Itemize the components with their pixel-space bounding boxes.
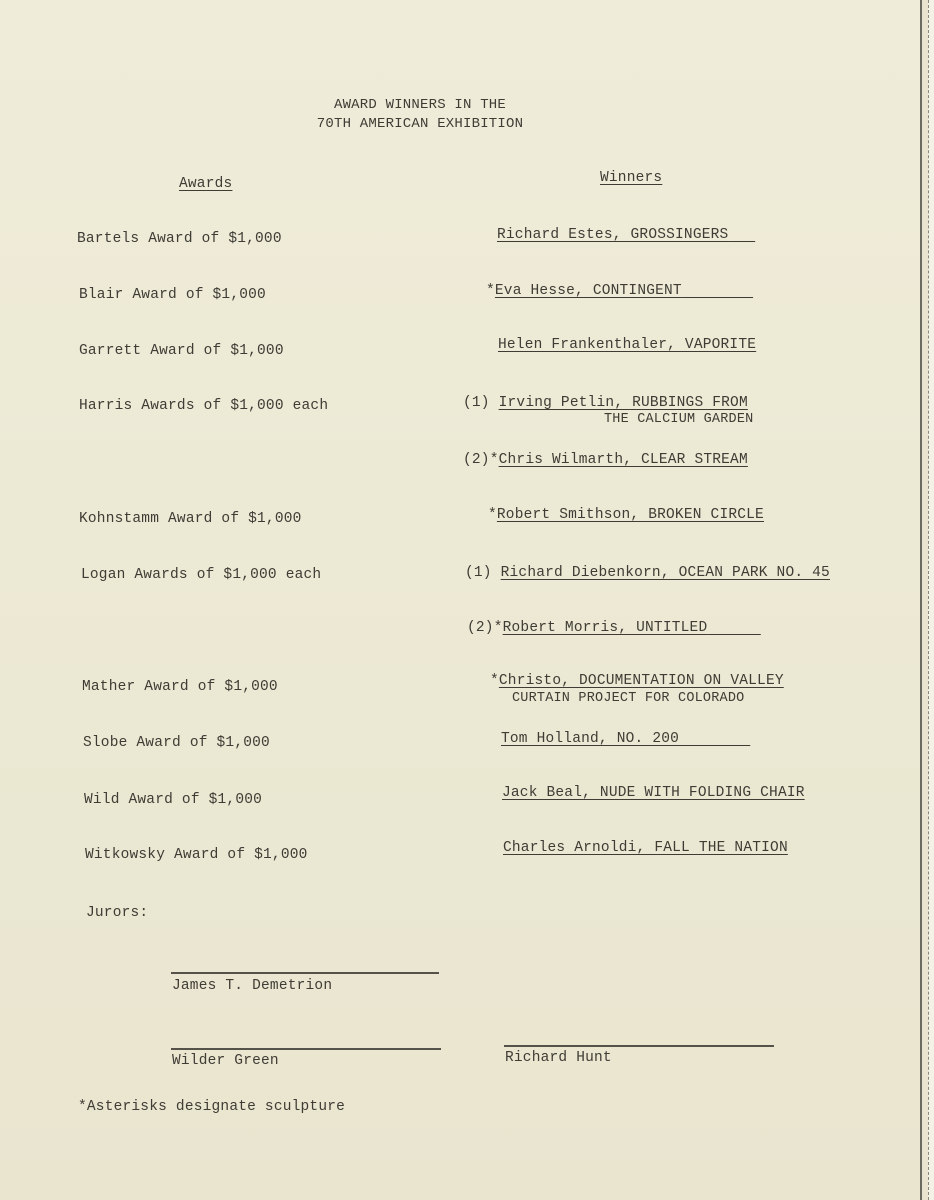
footnote: *Asterisks designate sculpture [78,1099,345,1115]
winner-wilmarth: (2)*Chris Wilmarth, CLEAR STREAM [463,452,748,468]
title-line-2: 70TH AMERICAN EXHIBITION [0,116,840,132]
winner-prefix: * [486,283,495,299]
winner-morris: (2)*Robert Morris, UNTITLED [467,620,761,636]
award-blair: Blair Award of $1,000 [79,287,266,303]
award-witkowsky: Witkowsky Award of $1,000 [85,847,308,863]
winner-text: Charles Arnoldi, FALL THE NATION [503,840,788,856]
winner-christo-cont: CURTAIN PROJECT FOR COLORADO [512,691,744,706]
winner-prefix: * [490,673,499,689]
winner-petlin: (1) Irving Petlin, RUBBINGS FROM [463,395,748,411]
winner-prefix: (1) [463,395,499,411]
signature-line-green [171,1048,441,1050]
winner-arnoldi: Charles Arnoldi, FALL THE NATION [503,840,788,856]
winner-holland: Tom Holland, NO. 200 [501,731,750,747]
document-page [0,0,920,1200]
winner-text: Helen Frankenthaler, VAPORITE [498,337,756,353]
award-wild: Wild Award of $1,000 [84,792,262,808]
winner-hesse: *Eva Hesse, CONTINGENT [486,283,753,299]
winner-text: Irving Petlin, RUBBINGS FROM [499,395,748,411]
winner-frankenthaler: Helen Frankenthaler, VAPORITE [498,337,756,353]
winner-smithson: *Robert Smithson, BROKEN CIRCLE [488,507,764,523]
page-edge-underlay [928,0,934,1200]
award-slobe: Slobe Award of $1,000 [83,735,270,751]
winner-prefix: * [488,507,497,523]
winner-beal: Jack Beal, NUDE WITH FOLDING CHAIR [502,785,805,801]
winner-prefix: (1) [465,565,501,581]
award-garrett: Garrett Award of $1,000 [79,343,284,359]
signature-line-demetrion [171,972,439,974]
winner-diebenkorn: (1) Richard Diebenkorn, OCEAN PARK NO. 4… [465,565,830,581]
winner-petlin-cont: THE CALCIUM GARDEN [604,412,753,427]
winner-text: Jack Beal, NUDE WITH FOLDING CHAIR [502,785,805,801]
winner-prefix: (2)* [463,452,499,468]
award-kohnstamm: Kohnstamm Award of $1,000 [79,511,302,527]
award-bartels: Bartels Award of $1,000 [77,231,282,247]
winner-text: Chris Wilmarth, CLEAR STREAM [499,452,748,468]
jurors-label: Jurors: [86,905,148,921]
title-line-1: AWARD WINNERS IN THE [0,97,840,113]
juror-hunt: Richard Hunt [505,1050,612,1066]
juror-demetrion: James T. Demetrion [172,978,332,994]
winner-prefix: (2)* [467,620,503,636]
winner-text: Richard Estes, GROSSINGERS [497,227,728,243]
winner-christo: *Christo, DOCUMENTATION ON VALLEY [490,673,784,689]
winner-text: Richard Diebenkorn, OCEAN PARK NO. 45 [501,565,830,581]
award-harris: Harris Awards of $1,000 each [79,398,328,414]
winner-text: Tom Holland, NO. 200 [501,731,679,747]
winner-estes: Richard Estes, GROSSINGERS [497,227,755,243]
awards-header: Awards [179,176,232,192]
winner-text: Christo, DOCUMENTATION ON VALLEY [499,673,784,689]
award-mather: Mather Award of $1,000 [82,679,278,695]
award-logan: Logan Awards of $1,000 each [81,567,321,583]
winner-text: Robert Smithson, BROKEN CIRCLE [497,507,764,523]
winner-text: Eva Hesse, CONTINGENT [495,283,682,299]
winners-header: Winners [600,170,662,186]
signature-line-hunt [504,1045,774,1047]
winner-text: Robert Morris, UNTITLED [503,620,708,636]
juror-green: Wilder Green [172,1053,279,1069]
